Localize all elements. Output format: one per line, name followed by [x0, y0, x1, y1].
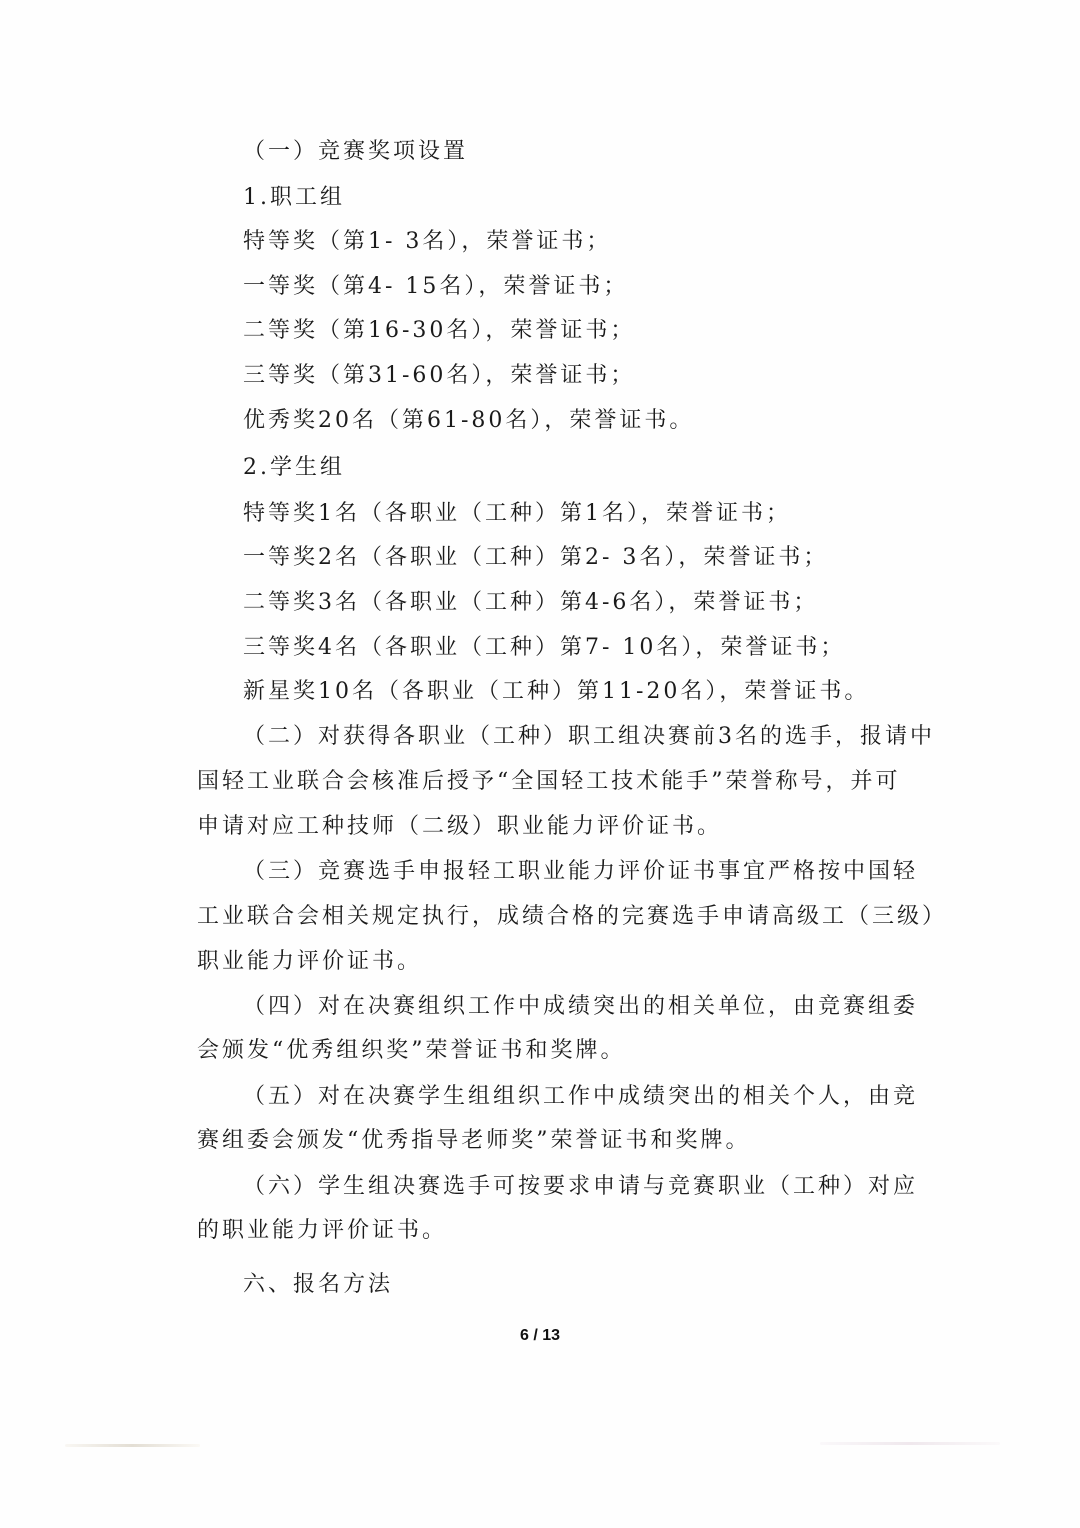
- student-award-line: 特等奖1名（各职业（工种）第1名），荣誉证书；: [243, 499, 791, 529]
- scan-artifact: [65, 1444, 200, 1447]
- paragraph-four-line: （四）对在决赛组织工作中成绩突出的相关单位，由竞赛组委: [243, 992, 918, 1022]
- student-award-line: 二等奖3名（各职业（工种）第4-6名），荣誉证书；: [243, 588, 818, 618]
- paragraph-two-line: 国轻工业联合会核准后授予“全国轻工技术能手”荣誉称号，并可: [197, 767, 901, 797]
- paragraph-four-line: 会颁发“优秀组织奖”荣誉证书和奖牌。: [197, 1036, 626, 1066]
- paragraph-five-line: 赛组委会颁发“优秀指导老师奖”荣誉证书和奖牌。: [197, 1126, 751, 1156]
- staff-award-line: 二等奖（第16-30名），荣誉证书；: [243, 316, 635, 346]
- staff-award-line: 三等奖（第31-60名），荣誉证书；: [243, 361, 635, 391]
- paragraph-six-line: 的职业能力评价证书。: [197, 1216, 447, 1246]
- student-award-line: 新星奖10名（各职业（工种）第11-20名），荣誉证书。: [243, 677, 869, 707]
- paragraph-three-line: 职业能力评价证书。: [197, 947, 422, 977]
- student-group-heading: 2.学生组: [243, 453, 345, 483]
- student-award-line: 一等奖2名（各职业（工种）第2- 3名），荣誉证书；: [243, 543, 828, 573]
- staff-award-line: 优秀奖20名（第61-80名），荣誉证书。: [243, 406, 694, 436]
- paragraph-two-line: （二）对获得各职业（工种）职工组决赛前3名的选手，报请中: [243, 722, 935, 752]
- paragraph-six-line: （六）学生组决赛选手可按要求申请与竞赛职业（工种）对应: [243, 1172, 918, 1202]
- paragraph-five-line: （五）对在决赛学生组组织工作中成绩突出的相关个人，由竞: [243, 1082, 918, 1112]
- section-heading-awards: （一）竞赛奖项设置: [243, 137, 468, 167]
- document-page: （一）竞赛奖项设置 1.职工组 特等奖（第1- 3名），荣誉证书； 一等奖（第4…: [0, 0, 1080, 1528]
- student-award-line: 三等奖4名（各职业（工种）第7- 10名），荣誉证书；: [243, 633, 845, 663]
- section-heading-registration: 六、报名方法: [243, 1270, 393, 1300]
- scan-artifact: [820, 1442, 1000, 1445]
- staff-award-line: 一等奖（第4- 15名），荣誉证书；: [243, 272, 628, 302]
- paragraph-two-line: 申请对应工种技师（二级）职业能力评价证书。: [197, 812, 722, 842]
- paragraph-three-line: （三）竞赛选手申报轻工职业能力评价证书事宜严格按中国轻: [243, 857, 918, 887]
- staff-award-line: 特等奖（第1- 3名），荣誉证书；: [243, 227, 611, 257]
- page-number: 6 / 13: [0, 1327, 1080, 1345]
- paragraph-three-line: 工业联合会相关规定执行，成绩合格的完赛选手申请高级工（三级）: [197, 902, 947, 932]
- staff-group-heading: 1.职工组: [243, 183, 345, 213]
